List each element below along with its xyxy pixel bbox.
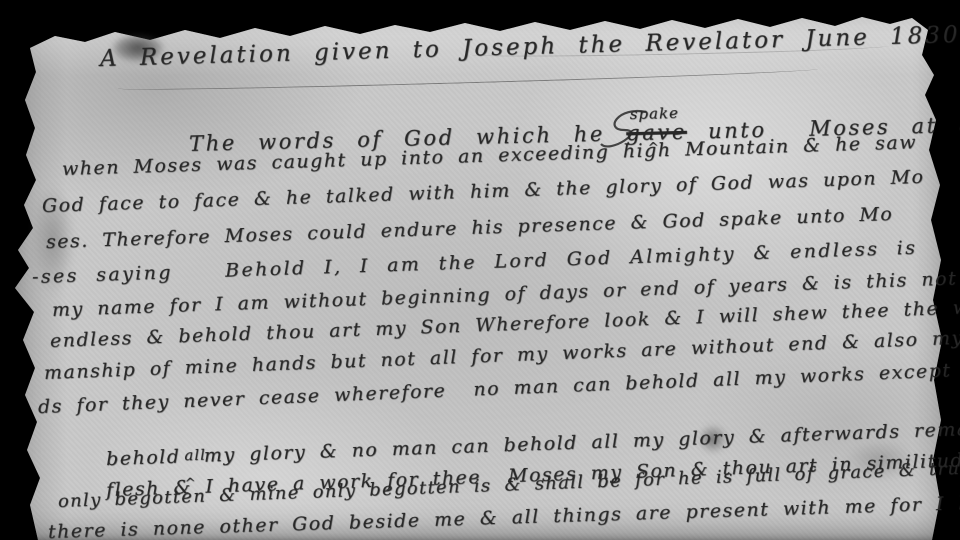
photo-background: A Revelation given to Joseph the Revelat…	[0, 0, 960, 540]
